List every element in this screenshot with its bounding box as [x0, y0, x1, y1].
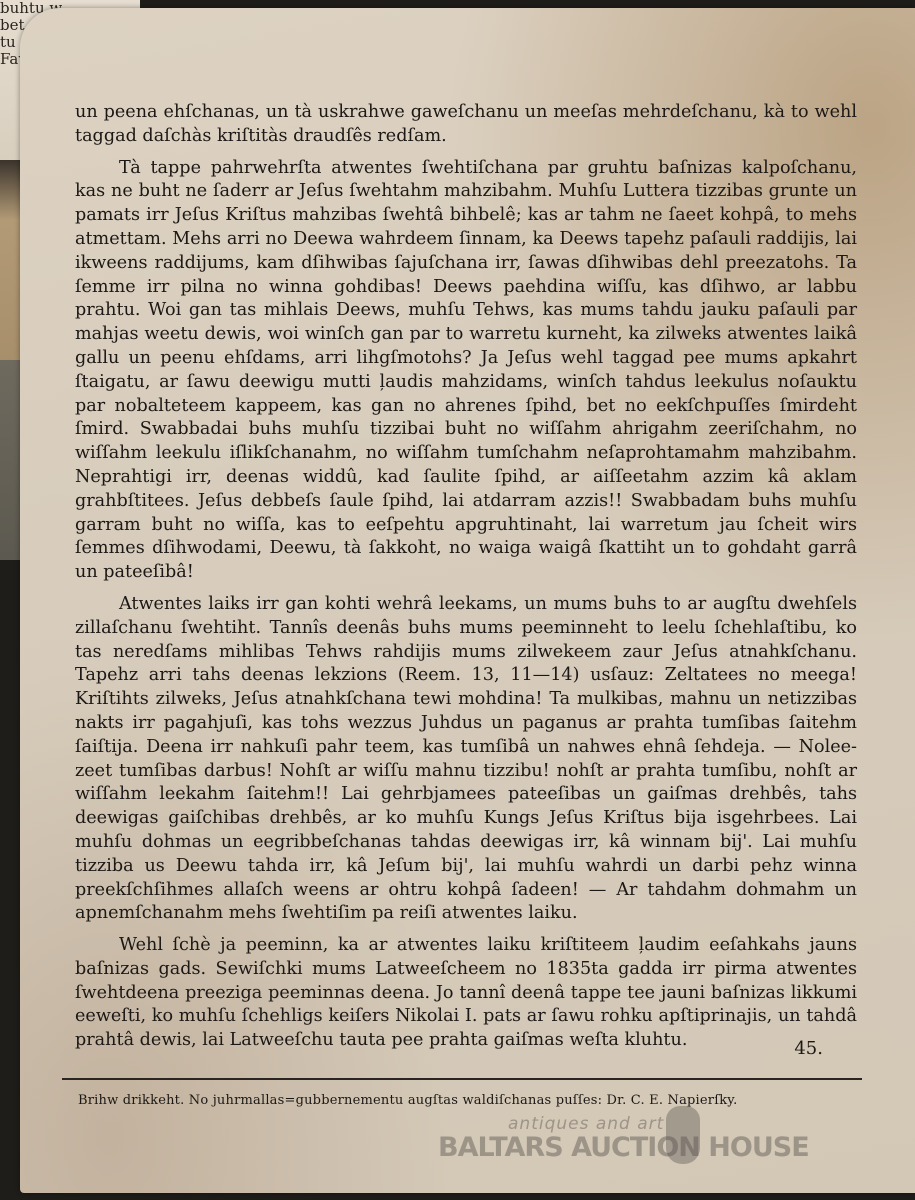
paragraph-continuation: un peena ehſchanas, un tà uskrahwe gaweſ… [75, 101, 857, 149]
paragraph-advent-time: Atwentes laiks irr gan kohti wehrâ leeka… [75, 593, 857, 926]
document-page: un peena ehſchanas, un tà uskrahwe gaweſ… [20, 8, 915, 1193]
body-text: un peena ehſchanas, un tà uskrahwe gaweſ… [75, 101, 857, 1061]
imprint-line: Brihw drikkeht. No juhrmallas=gubberneme… [78, 1093, 878, 1108]
footer-divider [62, 1078, 862, 1080]
page-number: 45. [794, 1038, 823, 1059]
paragraph-church-year: Wehl ſchè ja peeminn, ka ar atwentes lai… [75, 934, 857, 1053]
paragraph-advent-celebration: Tà tappe pahrwehrſta atwentes ſwehtiſcha… [75, 157, 857, 585]
